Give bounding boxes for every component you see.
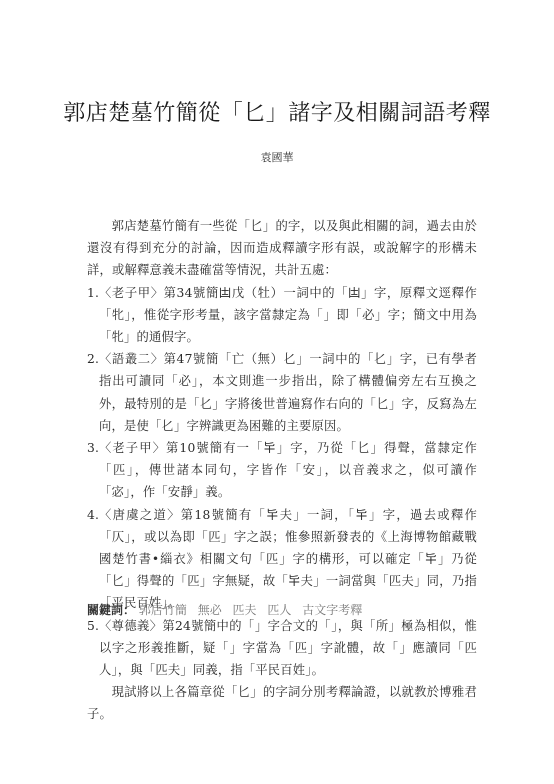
list-item-text: 〈語叢二〉第47號簡「亡（無）𠤎」一詞中的「𠤎」字，已有學者指出可讀同「必」，本… <box>99 348 477 437</box>
list-item: 2. 〈語叢二〉第47號簡「亡（無）𠤎」一詞中的「𠤎」字，已有學者指出可讀同「必… <box>87 348 477 437</box>
intro-paragraph: 郭店楚墓竹簡有一些從「匕」的字，以及與此相關的詞，過去由於還沒有得到充分的討論，… <box>87 215 477 282</box>
list-item-number: 1. <box>87 282 99 349</box>
list-item-text: 〈唐虞之道〉第18號簡有「𠤏夫」一詞，「𠤏」字，過去或釋作「仄」，或以為即「匹」… <box>99 504 477 615</box>
list-item: 4. 〈唐虞之道〉第18號簡有「𠤏夫」一詞，「𠤏」字，過去或釋作「仄」，或以為即… <box>87 504 477 615</box>
paper-title: 郭店楚墓竹簡從「匕」諸字及相關詞語考釋 <box>0 96 554 127</box>
keywords-line: 關鍵詞： 郭店竹簡 無必 匹夫 匹人 古文字考釋 <box>87 601 369 618</box>
list-item: 5. 〈尊德義〉第24號簡中的「𠤐」字合文的「𠤑」，與「所」極為相似，惟以字之形… <box>87 615 477 682</box>
findings-list: 1. 〈老子甲〉第34號簡𠙽戊（牡）一詞中的「𠙽」字，原釋文逕釋作「牝」，惟從字… <box>87 282 477 682</box>
list-item-text: 〈老子甲〉第34號簡𠙽戊（牡）一詞中的「𠙽」字，原釋文逕釋作「牝」，惟從字形考量… <box>99 282 477 349</box>
list-item-number: 5. <box>87 615 99 682</box>
list-item-text: 〈老子甲〉第10號簡有一「𠤏」字，乃從「匕」得聲，當隸定作「匹」，傳世諸本同句，… <box>99 437 477 504</box>
list-item-text: 〈尊德義〉第24號簡中的「𠤐」字合文的「𠤑」，與「所」極為相似，惟以字之形義推斷… <box>99 615 477 682</box>
keyword: 古文字考釋 <box>302 603 362 617</box>
closing-paragraph: 現試將以上各篇章從「匕」的字詞分別考釋論證，以就教於博雅君子。 <box>87 681 477 725</box>
list-item-number: 2. <box>87 348 99 437</box>
keyword: 匹夫 <box>233 603 257 617</box>
author-name: 袁國華 <box>0 149 554 165</box>
keyword: 郭店竹簡 <box>139 603 187 617</box>
abstract-body: 郭店楚墓竹簡有一些從「匕」的字，以及與此相關的詞，過去由於還沒有得到充分的討論，… <box>87 215 477 726</box>
list-item-number: 4. <box>87 504 99 615</box>
keyword: 無必 <box>198 603 222 617</box>
list-item-number: 3. <box>87 437 99 504</box>
keyword: 匹人 <box>267 603 291 617</box>
list-item: 1. 〈老子甲〉第34號簡𠙽戊（牡）一詞中的「𠙽」字，原釋文逕釋作「牝」，惟從字… <box>87 282 477 349</box>
list-item: 3. 〈老子甲〉第10號簡有一「𠤏」字，乃從「匕」得聲，當隸定作「匹」，傳世諸本… <box>87 437 477 504</box>
keywords-label: 關鍵詞： <box>87 603 135 617</box>
